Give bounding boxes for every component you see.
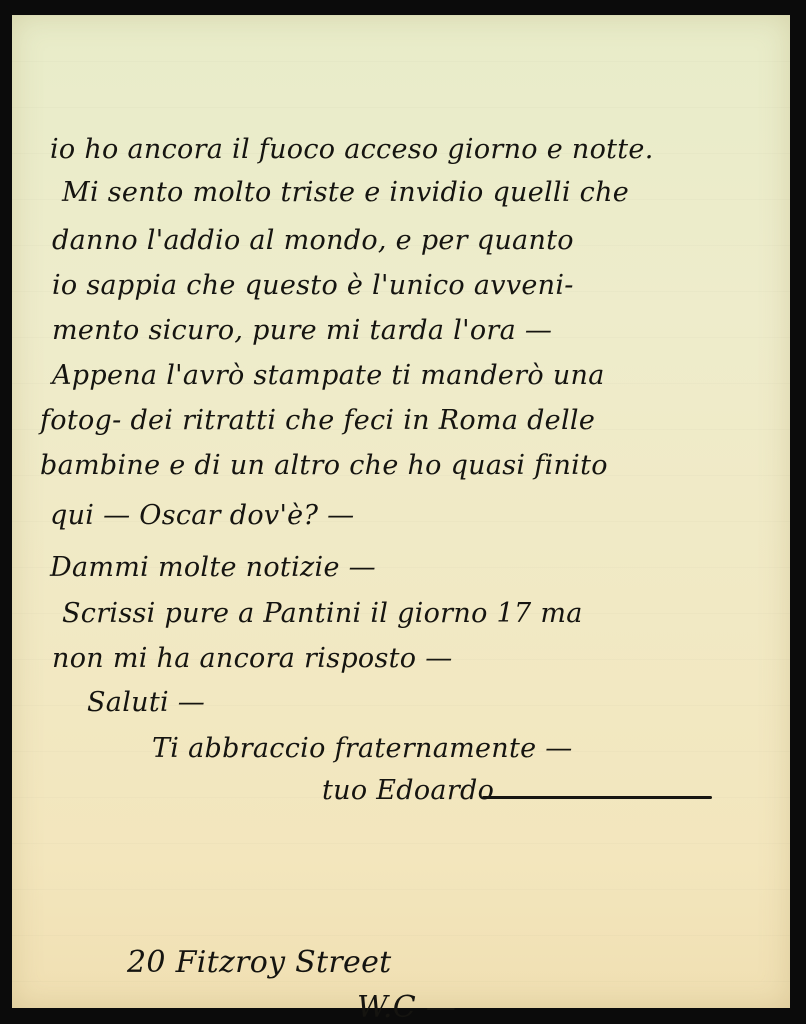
letter-line-8: bambine e di un altro che ho quasi finit… <box>40 450 608 481</box>
letter-line-6: Appena l'avrò stampate ti manderò una <box>52 360 605 391</box>
signature-underline <box>482 796 712 799</box>
letter-line-9: qui — Oscar dov'è? — <box>50 500 354 531</box>
letter-line-7: fotog- dei ritratti che feci in Roma del… <box>40 405 595 436</box>
letter-line-2: Mi sento molto triste e invidio quelli c… <box>62 177 629 208</box>
letter-line-11: Scrissi pure a Pantini il giorno 17 ma <box>62 598 583 629</box>
closing-embrace: Ti abbraccio fraternamente — <box>152 733 573 764</box>
letter-line-12: non mi ha ancora risposto — <box>52 643 453 674</box>
address-district: W.C — <box>357 990 456 1024</box>
letter-line-3: danno l'addio al mondo, e per quanto <box>52 225 574 256</box>
letter-line-10: Dammi molte notizie — <box>50 552 376 583</box>
signature: tuo Edoardo <box>322 775 494 806</box>
closing-salutation: Saluti — <box>87 687 205 718</box>
letter-line-5: mento sicuro, pure mi tarda l'ora — <box>52 315 552 346</box>
letter-line-4: io sappia che questo è l'unico avveni- <box>52 270 574 301</box>
letter-line-1: io ho ancora il fuoco acceso giorno e no… <box>50 134 654 165</box>
letter-page: io ho ancora il fuoco acceso giorno e no… <box>12 15 790 1008</box>
address-street: 20 Fitzroy Street <box>127 945 391 980</box>
